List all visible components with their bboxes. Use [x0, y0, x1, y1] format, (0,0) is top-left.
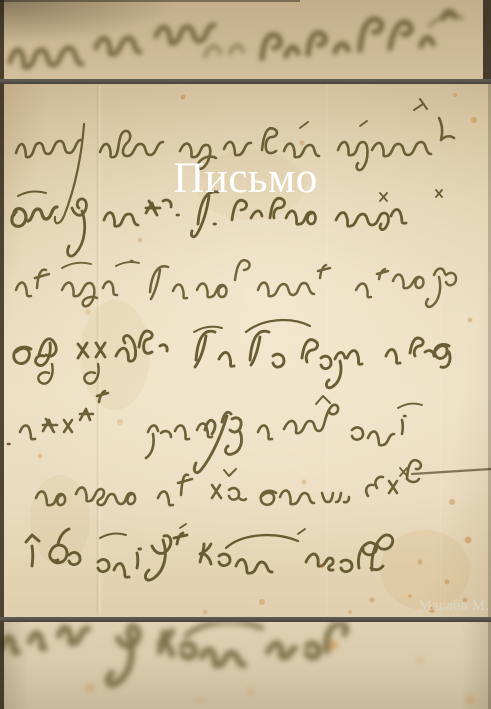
photo-edge-left [0, 0, 4, 709]
book-title: Письмо [0, 156, 491, 201]
book-cover: Письмо Маслов М. [0, 0, 491, 709]
handwriting-line-5 [8, 391, 422, 473]
handwriting-line-6 [36, 460, 491, 505]
handwriting-line-4 [14, 320, 450, 388]
author-name: Маслов М. [419, 598, 489, 615]
handwriting-line-3 [16, 260, 456, 307]
divider-line-bottom [0, 617, 491, 622]
photo-edge-right-top [483, 0, 491, 80]
divider-line-top [0, 79, 491, 84]
photo-edge-top [0, 0, 300, 2]
handwriting-sharp-svg [0, 0, 491, 709]
